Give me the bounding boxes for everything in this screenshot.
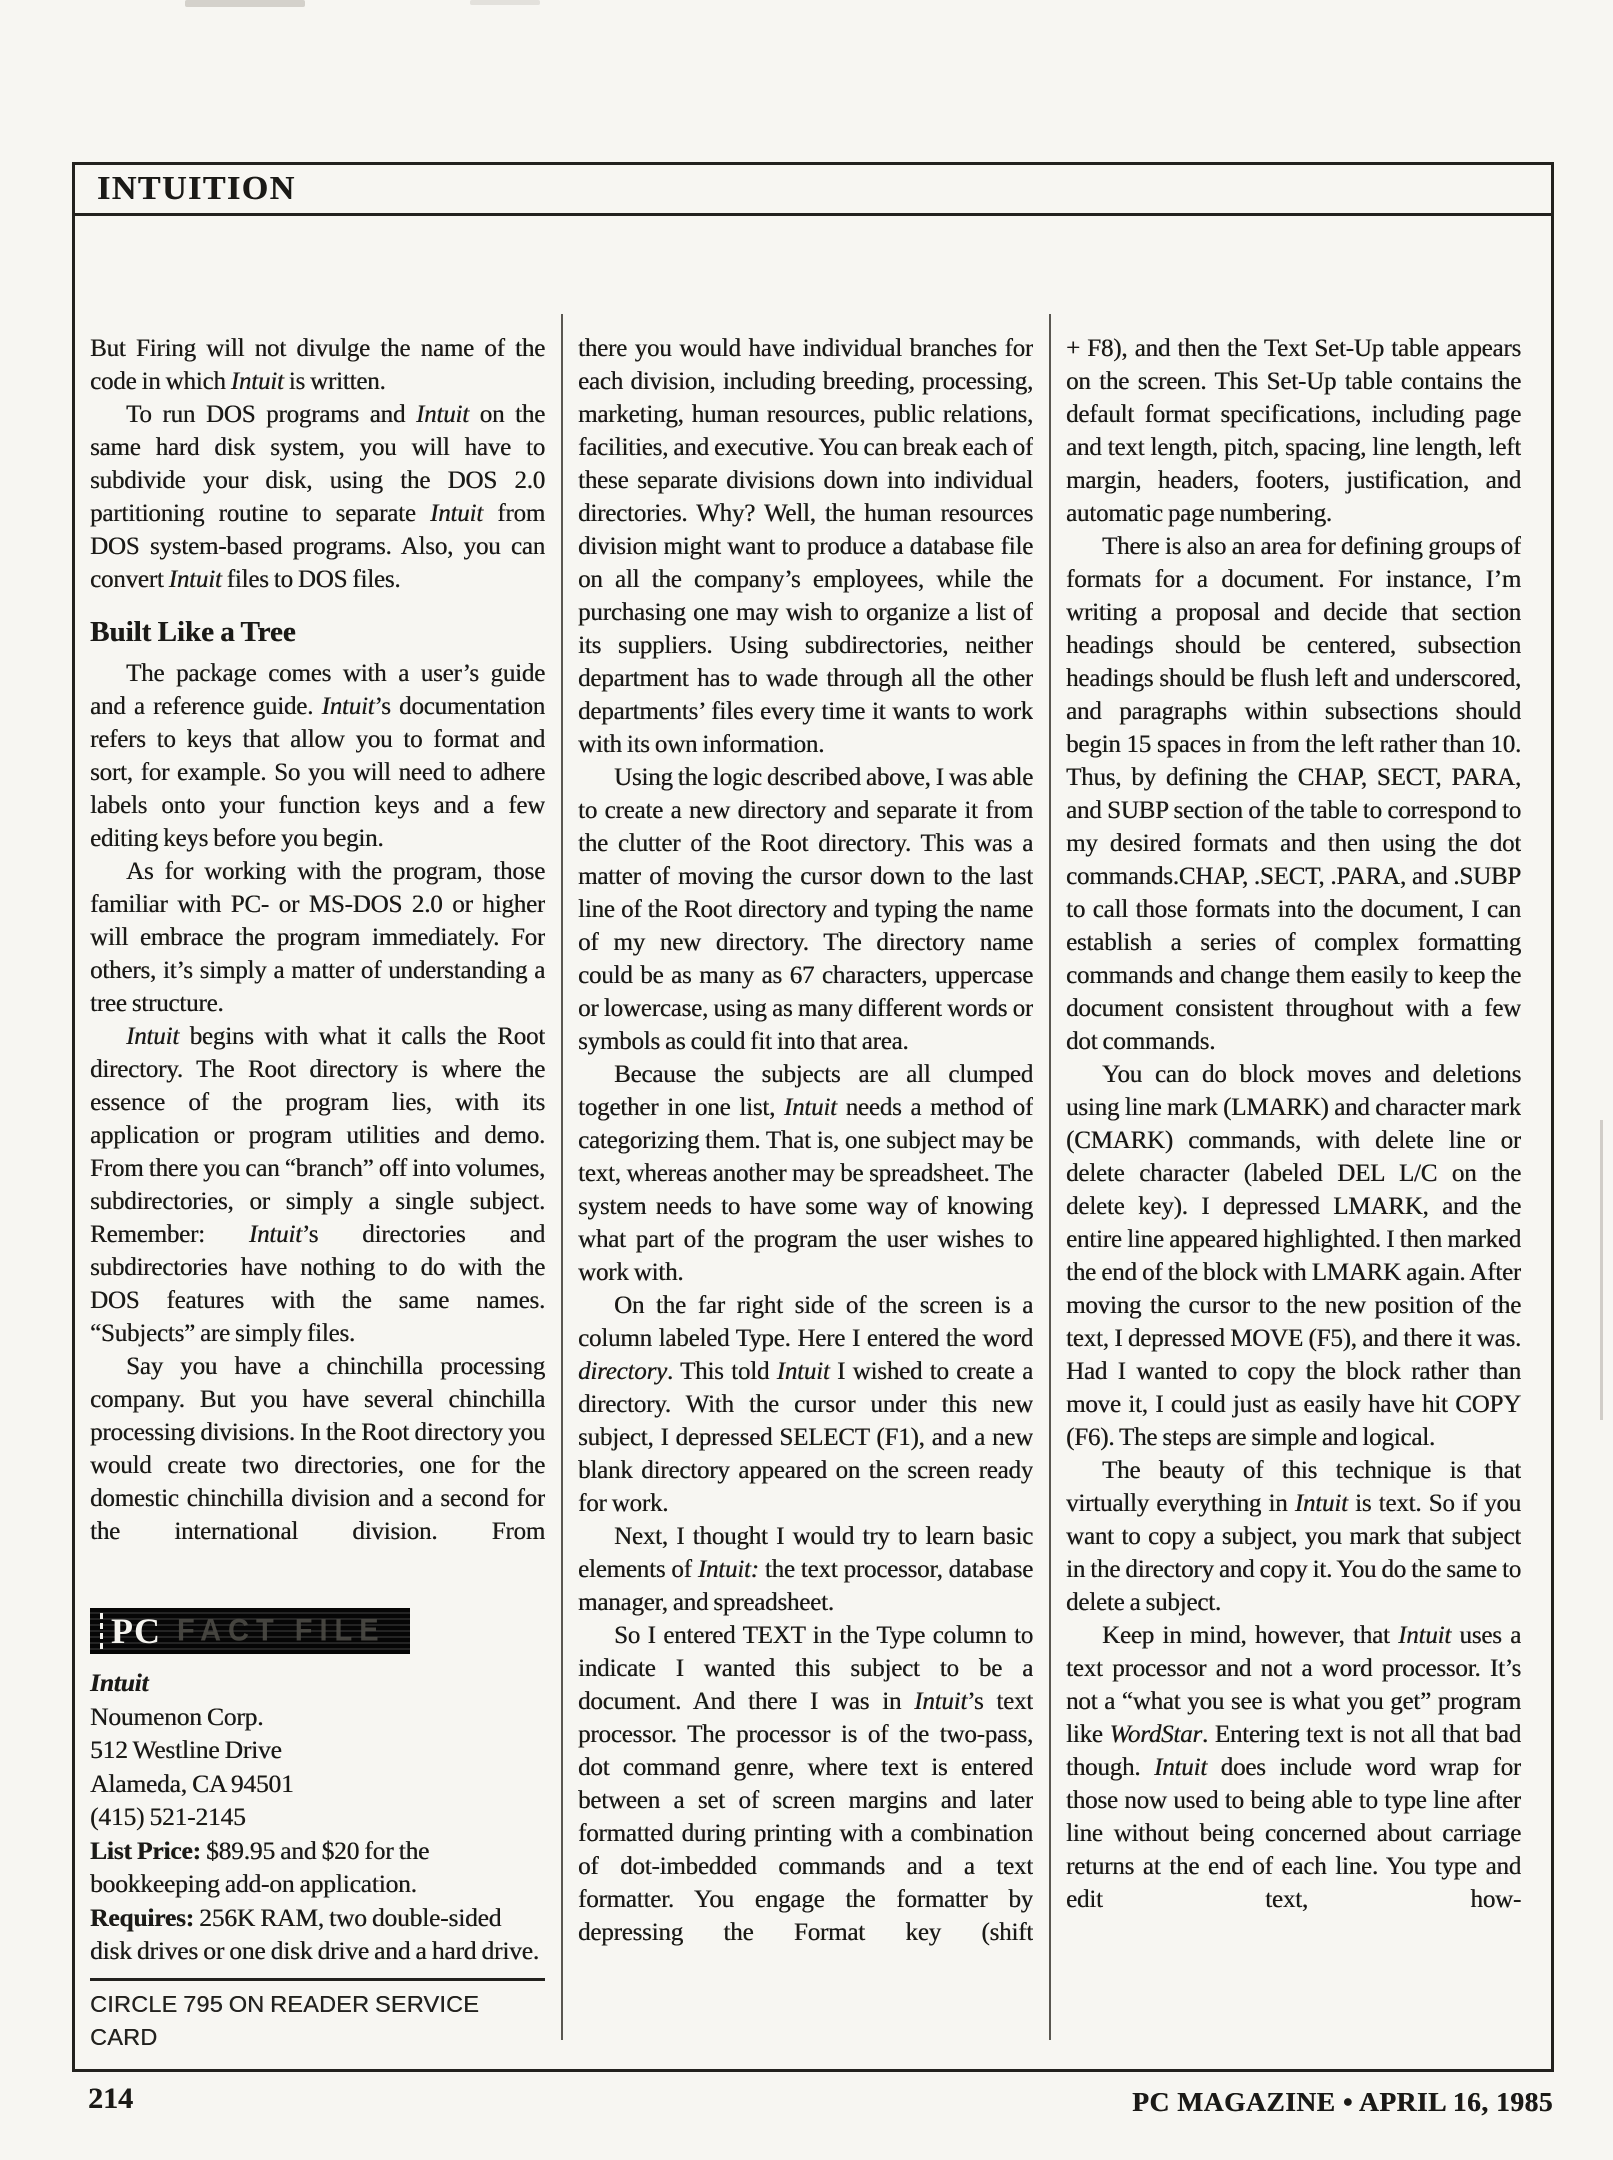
scan-edge-artifact	[1600, 1120, 1603, 1420]
paragraph: Next, I thought I would try to learn bas…	[578, 1520, 1033, 1619]
magazine-footer: PC MAGAZINE • APRIL 16, 1985	[1132, 2086, 1553, 2118]
scan-smudge	[470, 0, 540, 5]
column-divider	[1049, 314, 1051, 2040]
paragraph: The beauty of this technique is that vir…	[1066, 1454, 1521, 1619]
paragraph: The package comes with a user’s guide an…	[90, 657, 545, 855]
paragraph: Keep in mind, however, that Intuit uses …	[1066, 1619, 1521, 1916]
text-column-1: But Firing will not divulge the name of …	[90, 332, 545, 2054]
paragraph: Say you have a chinchilla processing com…	[90, 1350, 545, 1548]
fact-file-details: Intuit Noumenon Corp. 512 Westline Drive…	[90, 1666, 545, 1968]
pc-fact-file-logo: PC FACT FILE	[90, 1608, 410, 1654]
paragraph: But Firing will not divulge the name of …	[90, 332, 545, 398]
page-title: INTUITION	[97, 170, 296, 208]
text-column-3: + F8), and then the Text Set-Up table ap…	[1066, 332, 1521, 2044]
company-name: Noumenon Corp.	[90, 1700, 545, 1734]
requirements: Requires: 256K RAM, two double-sided dis…	[90, 1901, 545, 1968]
paragraph: Intuit begins with what it calls the Roo…	[90, 1020, 545, 1350]
list-price: List Price: $89.95 and $20 for the bookk…	[90, 1834, 545, 1901]
magazine-page-scan: { "colors": { "paper": "#f7f6f2", "ink":…	[0, 0, 1613, 2160]
fact-file-box: PC FACT FILE Intuit Noumenon Corp. 512 W…	[90, 1608, 545, 2054]
scan-smudge	[185, 0, 305, 7]
paragraph: Using the logic described above, I was a…	[578, 761, 1033, 1058]
paragraph: + F8), and then the Text Set-Up table ap…	[1066, 332, 1521, 530]
paragraph: As for working with the program, those f…	[90, 855, 545, 1020]
paragraph: there you would have individual branches…	[578, 332, 1033, 761]
column-1-text: But Firing will not divulge the name of …	[90, 332, 545, 1604]
reader-service-rule	[90, 1978, 545, 1981]
column-divider	[561, 314, 563, 2040]
requires-label: Requires:	[90, 1903, 194, 1932]
paragraph: You can do block moves and deletions usi…	[1066, 1058, 1521, 1454]
pc-logo-text: PC	[100, 1613, 161, 1649]
paragraph: To run DOS programs and Intuit on the sa…	[90, 398, 545, 596]
section-heading: Built Like a Tree	[90, 616, 545, 649]
paragraph: Because the subjects are all clumped tog…	[578, 1058, 1033, 1289]
address-line-2: Alameda, CA 94501	[90, 1767, 545, 1801]
page-number: 214	[88, 2082, 133, 2116]
fact-file-logo-text: FACT FILE	[177, 1613, 386, 1649]
paragraph: On the far right side of the screen is a…	[578, 1289, 1033, 1520]
reader-service-card-note: CIRCLE 795 ON READER SERVICE CARD	[90, 1988, 545, 2054]
phone-number: (415) 521-2145	[90, 1800, 545, 1834]
paragraph: So I entered TEXT in the Type column to …	[578, 1619, 1033, 1949]
list-price-label: List Price:	[90, 1836, 201, 1865]
address-line-1: 512 Westline Drive	[90, 1733, 545, 1767]
text-column-2: there you would have individual branches…	[578, 332, 1033, 2044]
paragraph: There is also an area for defining group…	[1066, 530, 1521, 1058]
product-name: Intuit	[90, 1666, 545, 1700]
article-header: INTUITION	[75, 165, 1551, 216]
